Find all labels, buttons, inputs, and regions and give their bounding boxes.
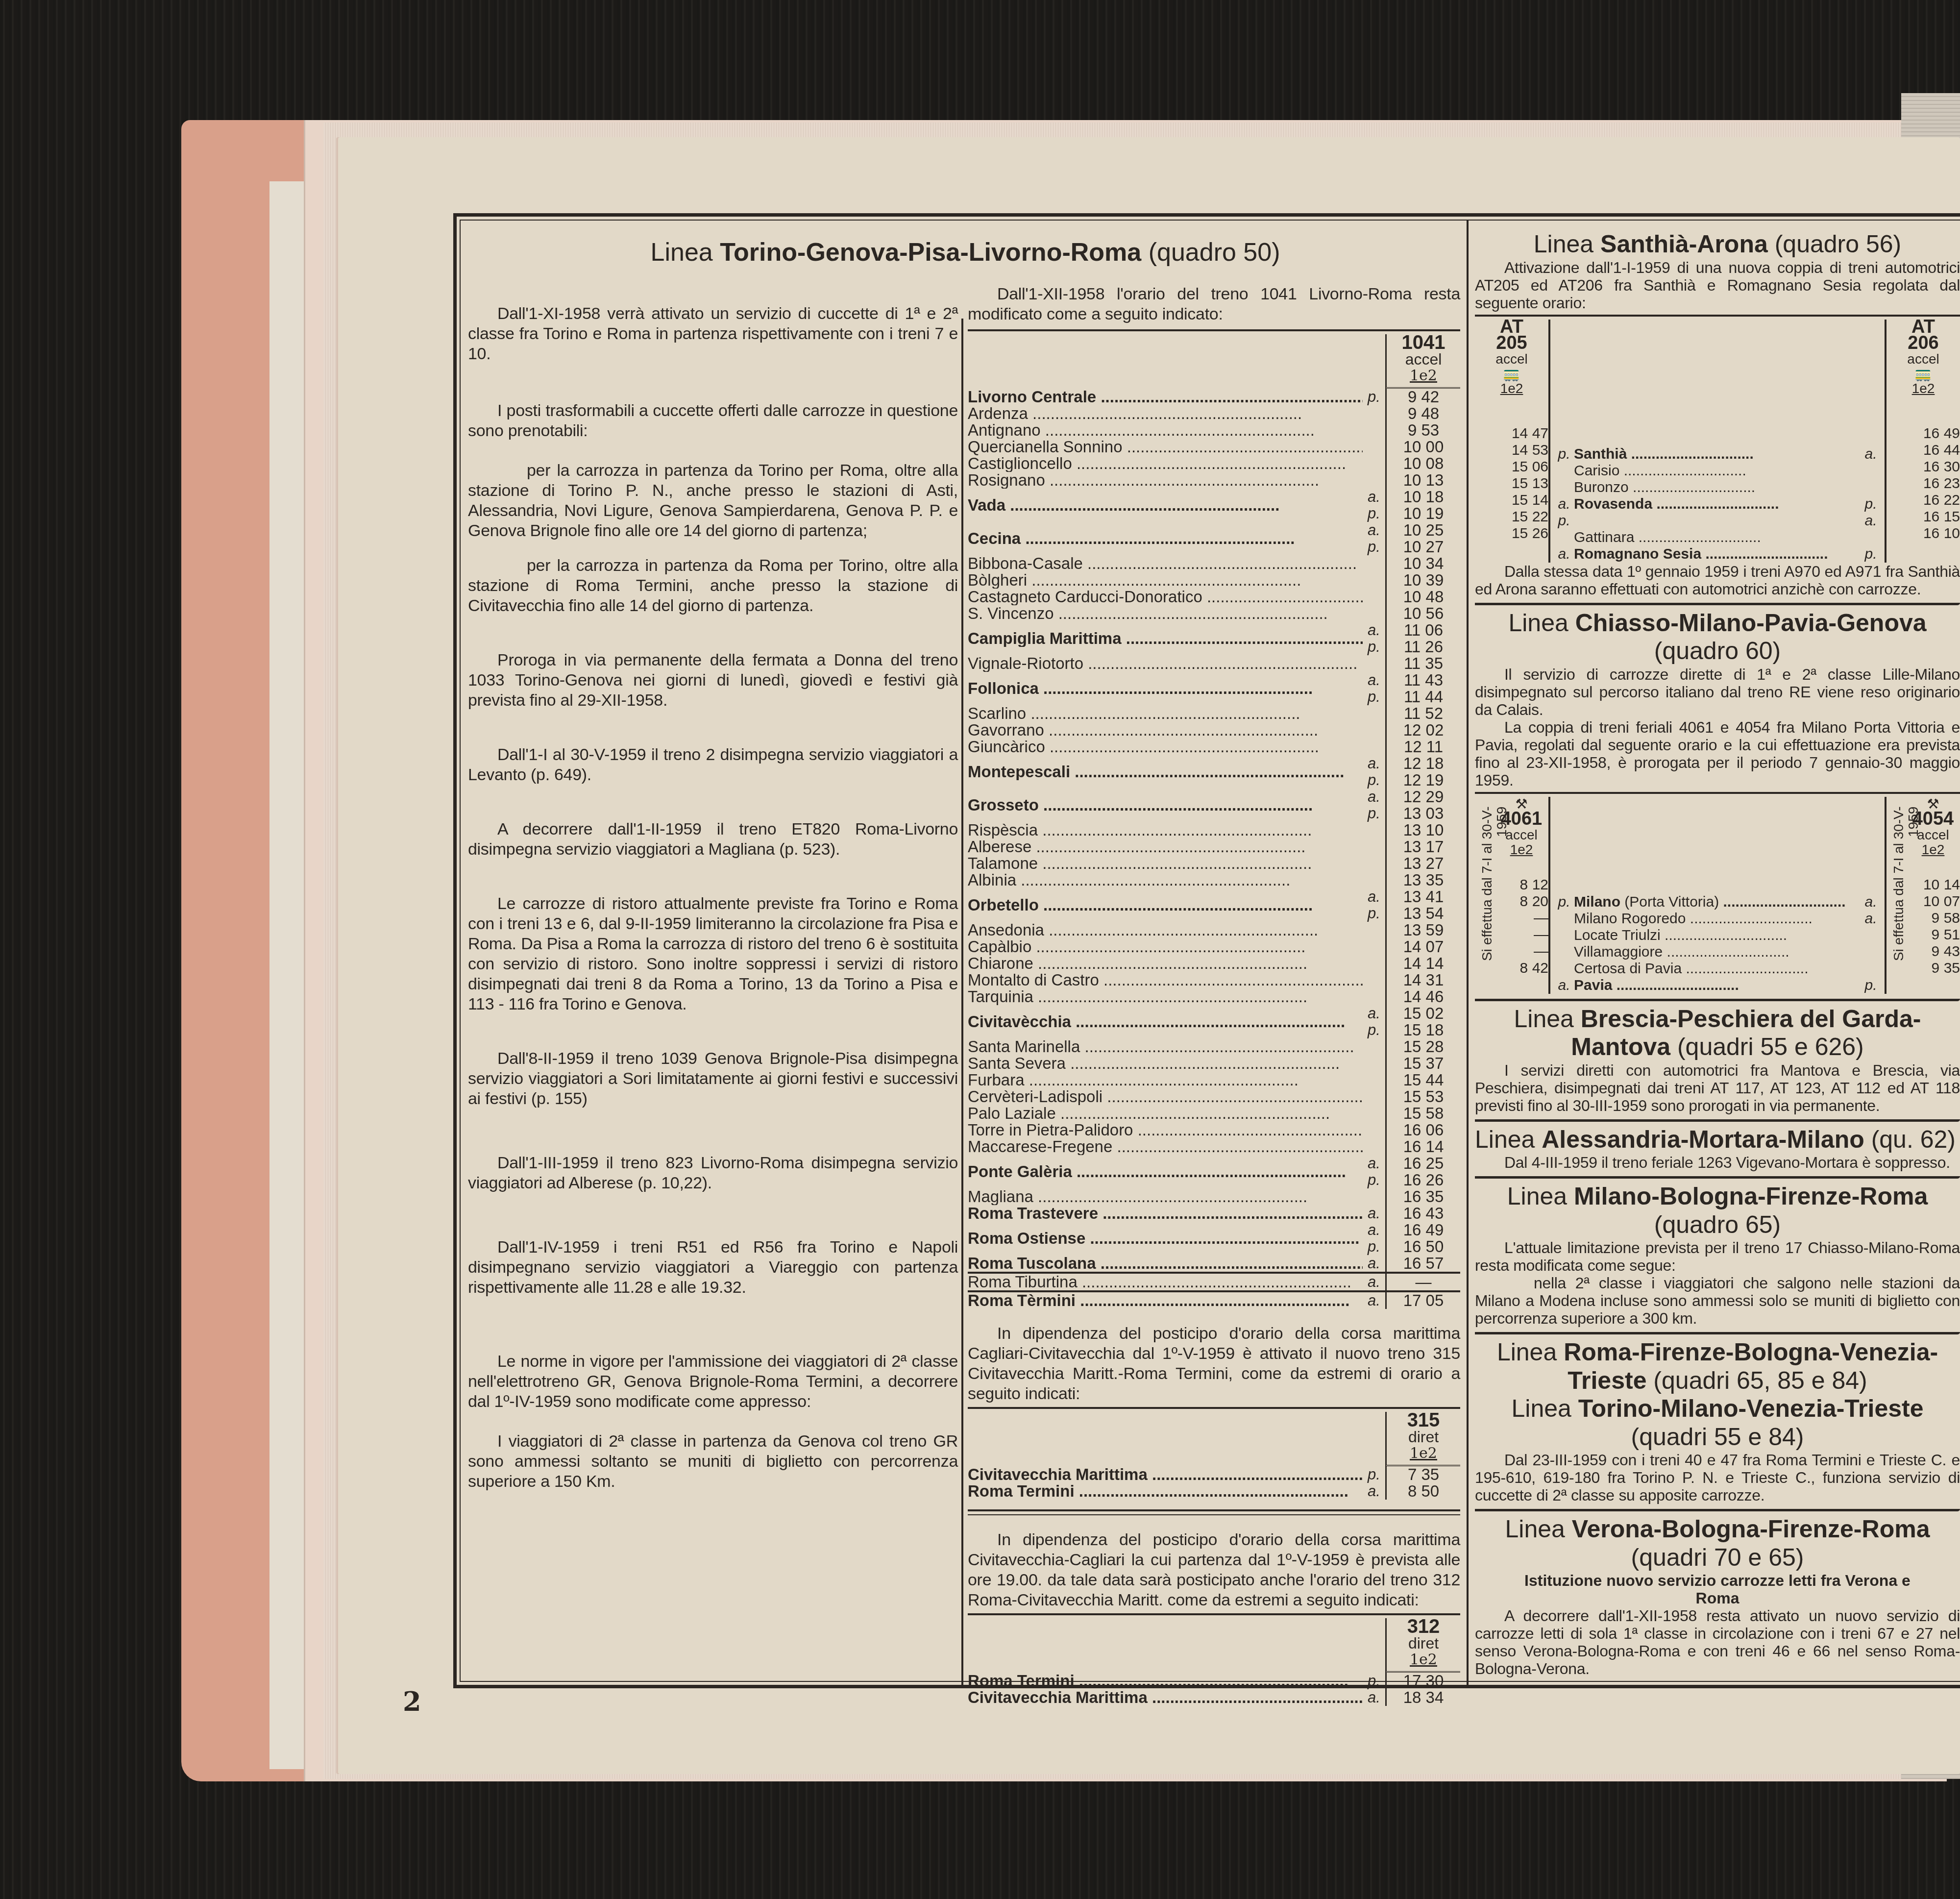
- leader-dots: ........................................…: [1005, 497, 1279, 514]
- station-name: Gavorrano ..............................…: [968, 722, 1363, 739]
- leader-dots: ........................................…: [1045, 739, 1319, 755]
- leader-dots: ........................................…: [1202, 589, 1363, 605]
- train-header: AT 206 accel 🚃 1e2: [1886, 320, 1960, 396]
- section-note: L'attuale limitazione prevista per il tr…: [1475, 1239, 1960, 1274]
- train-header-1041: 1041 accel 1e2: [1385, 334, 1460, 389]
- station-name: Talamone ...............................…: [968, 855, 1363, 872]
- section-brescia-mantova: Linea Brescia-Peschiera del Garda-Mantov…: [1475, 1005, 1960, 1114]
- station-name: Tarquinia ..............................…: [968, 988, 1363, 1005]
- station-name: Certosa di Pavia .......................…: [1574, 961, 1861, 977]
- train-column-at205: AT 205 accel 🚃 1e2 14 4714 5315 0615 131…: [1475, 320, 1548, 563]
- timetable-row: Grosseto ...............................…: [968, 789, 1460, 822]
- note-ristoro: Le carrozze di ristoro attualmente previ…: [468, 894, 958, 1014]
- title-prefix: Linea: [651, 238, 713, 267]
- note-donna: Proroga in via permanente della fermata …: [468, 650, 958, 711]
- arrival-departure-mark: a.: [1554, 977, 1574, 994]
- note-viareggio: Dall'1-IV-1959 i treni R51 ed R56 fra To…: [468, 1237, 958, 1298]
- station-name: Scarlino ...............................…: [968, 705, 1363, 722]
- arrival-departure-mark: p.: [1861, 977, 1881, 994]
- timetable-at205-at206: AT 205 accel 🚃 1e2 14 4714 5315 0615 131…: [1475, 320, 1960, 563]
- departure-time: 16 35: [1385, 1188, 1460, 1205]
- train-classes: 1e2: [1500, 381, 1523, 396]
- times-column: 16 4916 4416 3016 2316 2216 1516 10: [1886, 425, 1960, 542]
- leader-dots: ........................................…: [1096, 389, 1363, 405]
- leader-dots: ........................................…: [1028, 405, 1302, 422]
- time-cell: 15 26: [1475, 525, 1548, 542]
- train-category: accel: [1917, 827, 1949, 842]
- time-cell: 15 22: [1475, 509, 1548, 525]
- section-note: Dal 23-III-1959 con i treni 40 e 47 fra …: [1475, 1451, 1960, 1504]
- timetable-row: Gavorrano ..............................…: [968, 722, 1460, 739]
- section-note: Dal 4-III-1959 il treno feriale 1263 Vig…: [1475, 1154, 1960, 1171]
- station-name: Civitavècchia ..........................…: [968, 1013, 1363, 1030]
- station-row: p.a.: [1554, 513, 1881, 529]
- section-note: nella 2ª classe i viaggiatori che salgon…: [1475, 1274, 1960, 1327]
- title-line-name: Torino-Genova-Pisa-Livorno-Roma: [720, 238, 1141, 267]
- leader-dots: ........................................…: [1072, 1163, 1346, 1180]
- section-divider: [1475, 1176, 1960, 1179]
- station-name: Civitavecchia Marittima ................…: [968, 1689, 1363, 1706]
- leader-dots: ........................................…: [1039, 797, 1313, 814]
- arrival-departure-mark: a.p.: [1363, 789, 1385, 822]
- time-cell: 16 10: [1886, 525, 1960, 542]
- arrival-departure-mark: a.: [1363, 1689, 1385, 1706]
- departure-time: 13 4113 54: [1385, 888, 1460, 922]
- timetable-row: Magliana ...............................…: [968, 1188, 1460, 1205]
- station-row: Locate Triulzi .........................…: [1554, 927, 1881, 944]
- departure-time: 12 1812 19: [1385, 755, 1460, 789]
- station-name: Ponte Galèria ..........................…: [968, 1163, 1363, 1180]
- train-number: 315: [1387, 1412, 1460, 1429]
- divider: [968, 329, 1460, 331]
- leader-dots: ........................................…: [1083, 555, 1357, 572]
- section-alessandria-mortara: Linea Alessandria-Mortara-Milano (qu. 62…: [1475, 1126, 1960, 1172]
- note-roma-torino: per la carrozza in partenza da Roma per …: [468, 556, 958, 616]
- station-rows: p.Milano (Porta Vittoria) ..............…: [1554, 894, 1881, 994]
- train-classes: 1e2: [1510, 842, 1533, 857]
- station-name: Rovasenda ..............................: [1574, 496, 1861, 513]
- timetable-row: Capàlbio ...............................…: [968, 938, 1460, 955]
- page-title: Linea Torino-Genova-Pisa-Livorno-Roma (q…: [468, 238, 1463, 267]
- validity-note: Si effettua dal 7-I al 30-V-1959: [1480, 807, 1509, 983]
- section-note: La coppia di treni feriali 4061 e 4054 f…: [1475, 718, 1960, 789]
- departure-time: 13 17: [1385, 839, 1460, 855]
- divider: [1475, 315, 1960, 317]
- timetable-row: Antignano ..............................…: [968, 422, 1460, 439]
- timetable-row: Montalto di Castro .....................…: [968, 972, 1460, 988]
- section-title: Linea Verona-Bologna-Firenze-Roma (quadr…: [1475, 1515, 1960, 1572]
- section-note: Il servizio di carrozze dirette di 1ª e …: [1475, 666, 1960, 718]
- station-name: Pavia ..............................: [1574, 977, 1861, 994]
- timetable-rows: Livorno Centrale .......................…: [968, 389, 1460, 1309]
- leader-dots: ........................................…: [1085, 1230, 1359, 1247]
- section-divider: [1475, 999, 1960, 1001]
- station-name: Cervèteri-Ladispoli ....................…: [968, 1088, 1363, 1105]
- station-name: Villamaggiore ..........................…: [1574, 944, 1861, 961]
- section-divider: [1475, 1119, 1960, 1122]
- divider: [968, 1613, 1460, 1615]
- train-number: 205: [1496, 333, 1527, 353]
- station-name: Castiglioncello ........................…: [968, 455, 1363, 472]
- time-cell: 15 13: [1475, 475, 1548, 492]
- station-name: Montalto di Castro .....................…: [968, 972, 1363, 988]
- arrival-departure-mark: a.: [1363, 1255, 1385, 1272]
- departure-time: 18 34: [1385, 1689, 1460, 1706]
- leader-dots: ........................................…: [1078, 1274, 1351, 1290]
- title-ref: (quadri 55 e 84): [1631, 1423, 1804, 1451]
- train-classes: 1e2: [1387, 1445, 1460, 1462]
- departure-time: 10 08: [1385, 455, 1460, 472]
- station-rows: p.Santhià ..............................…: [1554, 446, 1881, 563]
- timetable-row: Roma Trastevere ........................…: [968, 1205, 1460, 1222]
- time-cell: 15 06: [1475, 459, 1548, 475]
- station-row: Milano Rogoredo ........................…: [1554, 911, 1881, 927]
- timetable-row: Cervèteri-Ladispoli ....................…: [968, 1088, 1460, 1105]
- leader-dots: ........................................…: [1026, 705, 1300, 722]
- station-name: Roma Trastevere ........................…: [968, 1205, 1363, 1222]
- arrival-departure-mark: a.: [1554, 496, 1574, 513]
- arrival-departure-mark: a.p.: [1363, 622, 1385, 655]
- departure-time: 17 05: [1385, 1292, 1460, 1309]
- timetable-row: Quercianella Sonnino ...................…: [968, 439, 1460, 455]
- station-name: Bibbona-Casale .........................…: [968, 555, 1363, 572]
- departure-time: 7 35: [1385, 1466, 1460, 1483]
- title-line-name: Santhià-Arona: [1600, 230, 1768, 258]
- leader-dots: ........................................…: [1112, 1138, 1363, 1155]
- station-name: Cecina .................................…: [968, 530, 1363, 547]
- departure-time: 15 0215 18: [1385, 1005, 1460, 1038]
- title-line-name: Verona-Bologna-Firenze-Roma: [1572, 1515, 1930, 1543]
- station-name: Santhià ..............................: [1574, 446, 1861, 463]
- timetable-row: Roma Ostiense ..........................…: [968, 1222, 1460, 1255]
- arrival-departure-mark: a.: [1861, 911, 1881, 927]
- station-name: Magliana ...............................…: [968, 1188, 1363, 1205]
- timetable-row: Palo Laziale ...........................…: [968, 1105, 1460, 1122]
- timetable-row: Santa Severa ...........................…: [968, 1055, 1460, 1072]
- departure-time: 11 35: [1385, 655, 1460, 672]
- arrival-departure-mark: p.: [1861, 496, 1881, 513]
- station-row: Gattinara ..............................: [1554, 529, 1881, 546]
- time-cell: 14 53: [1475, 442, 1548, 459]
- timetable-row: Vignale-Riotorto .......................…: [968, 655, 1460, 672]
- leader-dots: ........................................…: [1122, 630, 1363, 647]
- departure-time: 9 53: [1385, 422, 1460, 439]
- arrival-departure-mark: p.: [1861, 546, 1881, 563]
- station-name: Roma Ostiense ..........................…: [968, 1230, 1363, 1247]
- station-name: Orbetello ..............................…: [968, 897, 1363, 913]
- departure-time: 11 0611 26: [1385, 622, 1460, 655]
- arrival-departure-mark: a.p.: [1363, 1005, 1385, 1038]
- leader-dots: ........................................…: [1021, 530, 1295, 547]
- leader-dots: ........................................…: [1075, 1483, 1348, 1500]
- note-posti: I posti trasformabili a cuccette offerti…: [468, 401, 958, 441]
- arrival-departure-mark: p.: [1554, 446, 1574, 463]
- station-name: Milano (Porta Vittoria) ................…: [1574, 894, 1861, 911]
- section-title: Linea Santhià-Arona (quadro 56): [1475, 230, 1960, 259]
- note-1041: Dall'1-XII-1958 l'orario del treno 1041 …: [968, 284, 1460, 324]
- arrival-departure-mark: p.: [1363, 1673, 1385, 1689]
- station-name: Roma Termini ...........................…: [968, 1483, 1363, 1500]
- title-prefix: Linea: [1514, 1005, 1573, 1033]
- section-note: I servizi diretti con automotrici fra Ma…: [1475, 1061, 1960, 1114]
- time-cell: 16 49: [1886, 425, 1960, 442]
- departure-time: 10 39: [1385, 572, 1460, 589]
- timetable-row: Rispèscia ..............................…: [968, 822, 1460, 839]
- station-row: a.Rovasenda ............................…: [1554, 496, 1881, 513]
- station-name: Torre in Pietra-Palidoro ...............…: [968, 1122, 1363, 1138]
- title-prefix: Linea: [1507, 1183, 1567, 1210]
- timetable-1041: 1041 accel 1e2 Livorno Centrale ........…: [968, 334, 1460, 1309]
- title-prefix: Linea: [1497, 1338, 1557, 1366]
- departure-time: 13 27: [1385, 855, 1460, 872]
- title-prefix: Linea: [1475, 1126, 1535, 1153]
- section-divider: [1475, 1509, 1960, 1511]
- section-verona-roma: Linea Verona-Bologna-Firenze-Roma (quadr…: [1475, 1515, 1960, 1677]
- departure-time: 14 31: [1385, 972, 1460, 988]
- train-classes: 1e2: [1387, 1652, 1460, 1668]
- leader-dots: ........................................…: [1033, 955, 1307, 972]
- timetable-row: Orbetello ..............................…: [968, 888, 1460, 922]
- arrival-departure-mark: a.p.: [1363, 522, 1385, 555]
- arrival-departure-mark: a.p.: [1363, 489, 1385, 522]
- station-name: Capàlbio ...............................…: [968, 938, 1363, 955]
- station-name: Palo Laziale ...........................…: [968, 1105, 1363, 1122]
- station-name: Campiglia Marittima ....................…: [968, 630, 1363, 647]
- timetable-row: Chiarone ...............................…: [968, 955, 1460, 972]
- arrival-departure-mark: a.: [1363, 1205, 1385, 1222]
- note-gr-150km: I viaggiatori di 2ª classe in partenza d…: [468, 1431, 958, 1492]
- page-number: 2: [403, 1686, 421, 1717]
- station-name: Bòlgheri ...............................…: [968, 572, 1363, 589]
- departure-time: 11 4311 44: [1385, 672, 1460, 705]
- timetable-row: Civitavecchia Marittima ................…: [968, 1689, 1460, 1706]
- train-category: accel: [1387, 351, 1460, 368]
- train-column-at206: AT 206 accel 🚃 1e2 16 4916 4416 3016 231…: [1886, 320, 1960, 563]
- title-prefix: Linea: [1534, 230, 1593, 258]
- time-cell: 14 47: [1475, 425, 1548, 442]
- title-ref: (quadro 60): [1654, 637, 1781, 665]
- leader-dots: ........................................…: [1148, 1466, 1363, 1483]
- train-number: 1041: [1387, 334, 1460, 351]
- title-prefix: Linea: [1505, 1515, 1565, 1543]
- arrival-departure-mark: a.: [1861, 446, 1881, 463]
- train-category: accel: [1495, 351, 1527, 367]
- timetable-row: Roma Tiburtina .........................…: [968, 1274, 1460, 1290]
- departure-time: 15 53: [1385, 1088, 1460, 1105]
- departure-time: 16 2516 26: [1385, 1155, 1460, 1188]
- timetable-row: Alberese ...............................…: [968, 839, 1460, 855]
- station-name: Quercianella Sonnino ...................…: [968, 439, 1363, 455]
- train-category: accel: [1907, 351, 1939, 367]
- section-santhia-arona: Linea Santhià-Arona (quadro 56) Attivazi…: [1475, 230, 1960, 598]
- timetable-row: Civitavecchia Marittima ................…: [968, 1466, 1460, 1483]
- station-name: Santa Marinella ........................…: [968, 1038, 1363, 1055]
- departure-time: 15 44: [1385, 1072, 1460, 1088]
- departure-time: 14 14: [1385, 955, 1460, 972]
- railcar-icon: 🚃: [1915, 366, 1932, 381]
- section-trieste: Linea Roma-Firenze-Bologna-Venezia-Tries…: [1475, 1338, 1960, 1504]
- station-name: Vignale-Riotorto .......................…: [968, 655, 1363, 672]
- departure-time: 16 43: [1385, 1205, 1460, 1222]
- time-cell: 16 15: [1886, 509, 1960, 525]
- departure-time: 12 2913 03: [1385, 789, 1460, 822]
- departure-time: 15 37: [1385, 1055, 1460, 1072]
- train-number: 312: [1387, 1618, 1460, 1635]
- station-name: Chiarone ...............................…: [968, 955, 1363, 972]
- train-number: 206: [1908, 333, 1938, 353]
- section-chiasso-milano: Linea Chiasso-Milano-Pavia-Genova (quadr…: [1475, 609, 1960, 994]
- title-prefix: Linea: [1508, 609, 1568, 637]
- train-category: accel: [1505, 827, 1537, 842]
- departure-time: 14 07: [1385, 938, 1460, 955]
- station-name: Giuncàrico .............................…: [968, 739, 1363, 755]
- leader-dots: ........................................…: [1080, 1038, 1354, 1055]
- title-line-name: Milano-Bologna-Firenze-Roma: [1574, 1183, 1928, 1210]
- departure-time: 16 14: [1385, 1138, 1460, 1155]
- leader-dots: ........................................…: [1038, 855, 1312, 872]
- station-row: p.Santhià ..............................…: [1554, 446, 1881, 463]
- timetable-row: Talamone ...............................…: [968, 855, 1460, 872]
- leader-dots: ........................................…: [1066, 1055, 1340, 1072]
- train-header: AT 205 accel 🚃 1e2: [1475, 320, 1548, 396]
- train-category: diret: [1387, 1429, 1460, 1445]
- arrival-departure-mark: a.p.: [1363, 888, 1385, 922]
- left-column: Dall'1-XI-1958 verrà attivato un servizi…: [468, 304, 958, 1492]
- timetable-row: Livorno Centrale .......................…: [968, 389, 1460, 405]
- timetable-row: Giuncàrico .............................…: [968, 739, 1460, 755]
- leader-dots: ........................................…: [1041, 422, 1315, 439]
- leader-dots: ........................................…: [1123, 439, 1363, 455]
- timetable-header: 312 diret 1e2: [968, 1618, 1460, 1673]
- leader-dots: ........................................…: [1038, 822, 1312, 839]
- title-ref: (quadro 50): [1149, 238, 1280, 267]
- arrival-departure-mark: a.: [1861, 513, 1881, 529]
- station-row: a.Pavia ..............................p.: [1554, 977, 1881, 994]
- leader-dots: ........................................…: [1096, 1255, 1363, 1272]
- note-312: In dipendenza del posticipo d'orario del…: [968, 1530, 1460, 1610]
- leader-dots: ........................................…: [1045, 472, 1319, 489]
- departure-time: 9 42: [1385, 389, 1460, 405]
- leader-dots: ........................................…: [1070, 764, 1344, 780]
- section-title: Linea Milano-Bologna-Firenze-Roma (quadr…: [1475, 1183, 1960, 1239]
- timetable-row: Bibbona-Casale .........................…: [968, 555, 1460, 572]
- station-name: Roma Tèrmini ...........................…: [968, 1292, 1363, 1309]
- railcar-icon: 🚃: [1503, 366, 1520, 381]
- timetable-header: 1041 accel 1e2: [968, 334, 1460, 389]
- section-note: A decorrere dall'1-XII-1958 resta attiva…: [1475, 1607, 1960, 1677]
- station-name: Follonica ..............................…: [968, 680, 1363, 697]
- train-classes: 1e2: [1922, 842, 1945, 857]
- arrival-departure-mark: a.p.: [1363, 672, 1385, 705]
- departure-time: 10 48: [1385, 589, 1460, 605]
- train-category: diret: [1387, 1635, 1460, 1652]
- departure-time: 16 57: [1385, 1255, 1460, 1272]
- leader-dots: ........................................…: [1027, 572, 1301, 589]
- train-header-312: 312 diret 1e2: [1385, 1618, 1460, 1673]
- section-title: Linea Alessandria-Mortara-Milano (qu. 62…: [1475, 1126, 1960, 1154]
- stations-column: p.Milano (Porta Vittoria) ..............…: [1548, 797, 1886, 994]
- timetable-row: Albinia ................................…: [968, 872, 1460, 888]
- timetable-rows: Civitavecchia Marittima ................…: [968, 1466, 1460, 1500]
- arrival-departure-mark: a.p.: [1363, 1155, 1385, 1188]
- leader-dots: ........................................…: [1076, 1292, 1349, 1309]
- section-title: Linea Torino-Milano-Venezia-Trieste (qua…: [1475, 1395, 1960, 1451]
- station-row: Villamaggiore ..........................…: [1554, 944, 1881, 961]
- station-name: Antignano ..............................…: [968, 422, 1363, 439]
- section-note: Attivazione dall'1-I-1959 di una nuova c…: [1475, 259, 1960, 312]
- stations-column: p.Santhià ..............................…: [1548, 320, 1886, 563]
- station-name: Montepescali ...........................…: [968, 764, 1363, 780]
- departure-time: 13 35: [1385, 872, 1460, 888]
- station-name: Santa Severa ...........................…: [968, 1055, 1363, 1072]
- timetable-row: Vada ...................................…: [968, 489, 1460, 522]
- train-classes: 1e2: [1387, 368, 1460, 384]
- arrival-departure-mark: p.: [1363, 1466, 1385, 1483]
- timetable-row: S. Vincenzo ............................…: [968, 605, 1460, 622]
- station-row: Buronzo ..............................: [1554, 479, 1881, 496]
- departure-time: 15 28: [1385, 1038, 1460, 1055]
- title-ref: (quadri 55 e 626): [1677, 1033, 1864, 1060]
- station-name: S. Vincenzo ............................…: [968, 605, 1363, 622]
- title-prefix: Linea: [1512, 1395, 1571, 1422]
- departure-time: 10 34: [1385, 555, 1460, 572]
- station-name: Rispèscia ..............................…: [968, 822, 1363, 839]
- station-row: p.Milano (Porta Vittoria) ..............…: [1554, 894, 1881, 911]
- section-milano-bologna: Linea Milano-Bologna-Firenze-Roma (quadr…: [1475, 1183, 1960, 1327]
- arrival-departure-mark: a.p.: [1363, 755, 1385, 789]
- station-name: Carisio ..............................: [1574, 463, 1861, 479]
- station-name: Buronzo ..............................: [1574, 479, 1861, 496]
- timetable-header: 315 diret 1e2: [968, 1412, 1460, 1466]
- note-315: In dipendenza del posticipo d'orario del…: [968, 1324, 1460, 1404]
- leader-dots: ........................................…: [1071, 1013, 1345, 1030]
- departure-time: 16 4916 50: [1385, 1222, 1460, 1255]
- departure-time: 13 59: [1385, 922, 1460, 938]
- timetable-row: Castagneto Carducci-Donoratico .........…: [968, 589, 1460, 605]
- title-ref: (quadri 70 e 65): [1631, 1544, 1804, 1571]
- section-divider: [1475, 1332, 1960, 1334]
- timetable-row: Castiglioncello ........................…: [968, 455, 1460, 472]
- leader-dots: ........................................…: [1033, 1188, 1307, 1205]
- station-name: Grosseto ...............................…: [968, 797, 1363, 814]
- leader-dots: ........................................…: [1033, 988, 1307, 1005]
- departure-time: 14 46: [1385, 988, 1460, 1005]
- arrival-departure-mark: p.: [1554, 894, 1574, 911]
- timetable-row: Ponte Galèria ..........................…: [968, 1155, 1460, 1188]
- departure-time: —: [1385, 1274, 1460, 1290]
- time-cell: 15 14: [1475, 492, 1548, 509]
- timetable-4061-4054: Si effettua dal 7-I al 30-V-1959 ⚒ 4061 …: [1475, 797, 1960, 994]
- station-name: Livorno Centrale .......................…: [968, 389, 1363, 405]
- station-name: Romagnano Sesia ........................…: [1574, 546, 1861, 563]
- timetable-row: Scarlino ...............................…: [968, 705, 1460, 722]
- validity-note: Si effettua dal 7-I al 30-V-1959: [1891, 807, 1921, 983]
- departure-time: 10 2510 27: [1385, 522, 1460, 555]
- timetable-row: Follonica ..............................…: [968, 672, 1460, 705]
- times-column: 14 4714 5315 0615 1315 1415 2215 26: [1475, 425, 1548, 542]
- note-levanto: Dall'1-I al 30-V-1959 il treno 2 disimpe…: [468, 745, 958, 785]
- title-ref: (quadri 65, 85 e 84): [1653, 1367, 1867, 1394]
- arrival-departure-mark: a.: [1861, 894, 1881, 911]
- title-line-name: Torino-Milano-Venezia-Trieste: [1578, 1395, 1924, 1422]
- departure-time: 10 56: [1385, 605, 1460, 622]
- leader-dots: ........................................…: [1025, 1072, 1298, 1088]
- station-name: Locate Triulzi .........................…: [1574, 927, 1861, 944]
- timetable-row: Montepescali ...........................…: [968, 755, 1460, 789]
- arrival-departure-mark: a.p.: [1363, 1222, 1385, 1255]
- leader-dots: ........................................…: [1099, 972, 1363, 988]
- middle-column: Dall'1-XII-1958 l'orario del treno 1041 …: [968, 284, 1460, 1706]
